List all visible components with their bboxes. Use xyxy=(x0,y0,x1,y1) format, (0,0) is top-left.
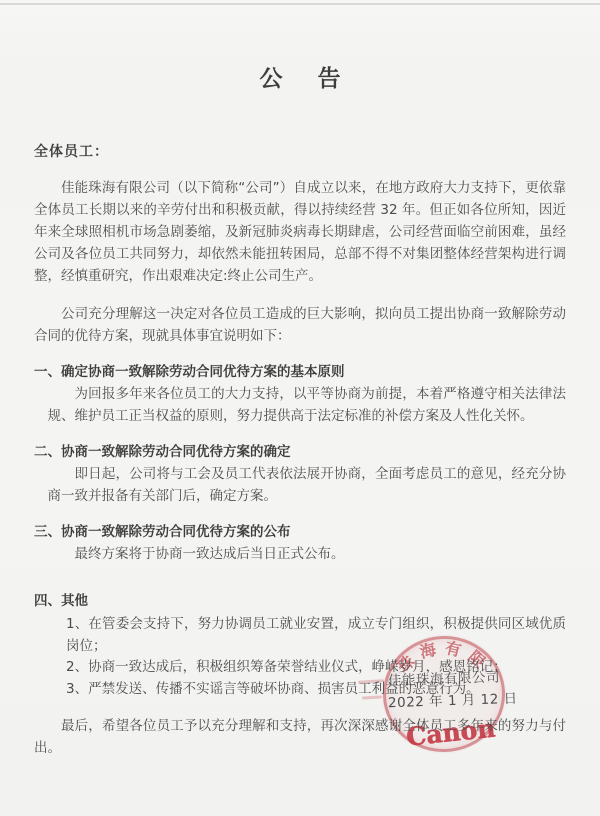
section-1-heading: 一、确定协商一致解除劳动合同优待方案的基本原则 xyxy=(34,362,566,383)
section-3-body: 最终方案将于协商一致达成后当日正式公布。 xyxy=(34,543,566,565)
section-2: 二、协商一致解除劳动合同优待方案的确定 即日起，公司将与工会及员工代表依法展开协… xyxy=(34,442,566,507)
section-4-heading: 四、其他 xyxy=(34,591,566,612)
closing-paragraph: 最后，希望各位员工予以充分理解和支持，再次深深感谢全体员工多年来的努力与付出。 xyxy=(34,715,566,759)
signature-block: 佳能珠海有限公司 2022 年 1 月 12 日 xyxy=(388,668,518,712)
second-paragraph: 公司充分理解这一决定对各位员工造成的巨大影响，拟向员工提出协商一致解除劳动合同的… xyxy=(34,303,566,347)
document-title: 公 告 xyxy=(34,0,566,93)
section-3-heading: 三、协商一致解除劳动合同优待方案的公布 xyxy=(34,522,566,543)
signature-date: 2022 年 1 月 12 日 xyxy=(388,688,518,715)
section-1: 一、确定协商一致解除劳动合同优待方案的基本原则 为回报多年来各位员工的大力支持，… xyxy=(34,362,566,427)
intro-paragraph: 佳能珠海有限公司（以下简称“公司”）自成立以来，在地方政府大力支持下，更依靠全体… xyxy=(34,177,566,287)
section-4-item-1: 1、在管委会支持下，努力协调员工就业安置，成立专门组织，积极提供同区域优质岗位； xyxy=(66,614,566,657)
announcement-document-page: 公 告 全体员工： 佳能珠海有限公司（以下简称“公司”）自成立以来，在地方政府大… xyxy=(0,0,600,816)
addressee-line: 全体员工： xyxy=(34,141,566,161)
section-2-body: 即日起，公司将与工会及员工代表依法展开协商，全面考虑员工的意见，经充分协商一致并… xyxy=(34,463,566,507)
section-3: 三、协商一致解除劳动合同优待方案的公布 最终方案将于协商一致达成后当日正式公布。 xyxy=(34,522,566,565)
section-1-body: 为回报多年来各位员工的大力支持，以平等协商为前提，本着严格遵守相关法律法规、维护… xyxy=(34,383,566,427)
document-content: 公 告 全体员工： 佳能珠海有限公司（以下简称“公司”）自成立以来，在地方政府大… xyxy=(0,0,600,759)
section-2-heading: 二、协商一致解除劳动合同优待方案的确定 xyxy=(34,442,566,463)
